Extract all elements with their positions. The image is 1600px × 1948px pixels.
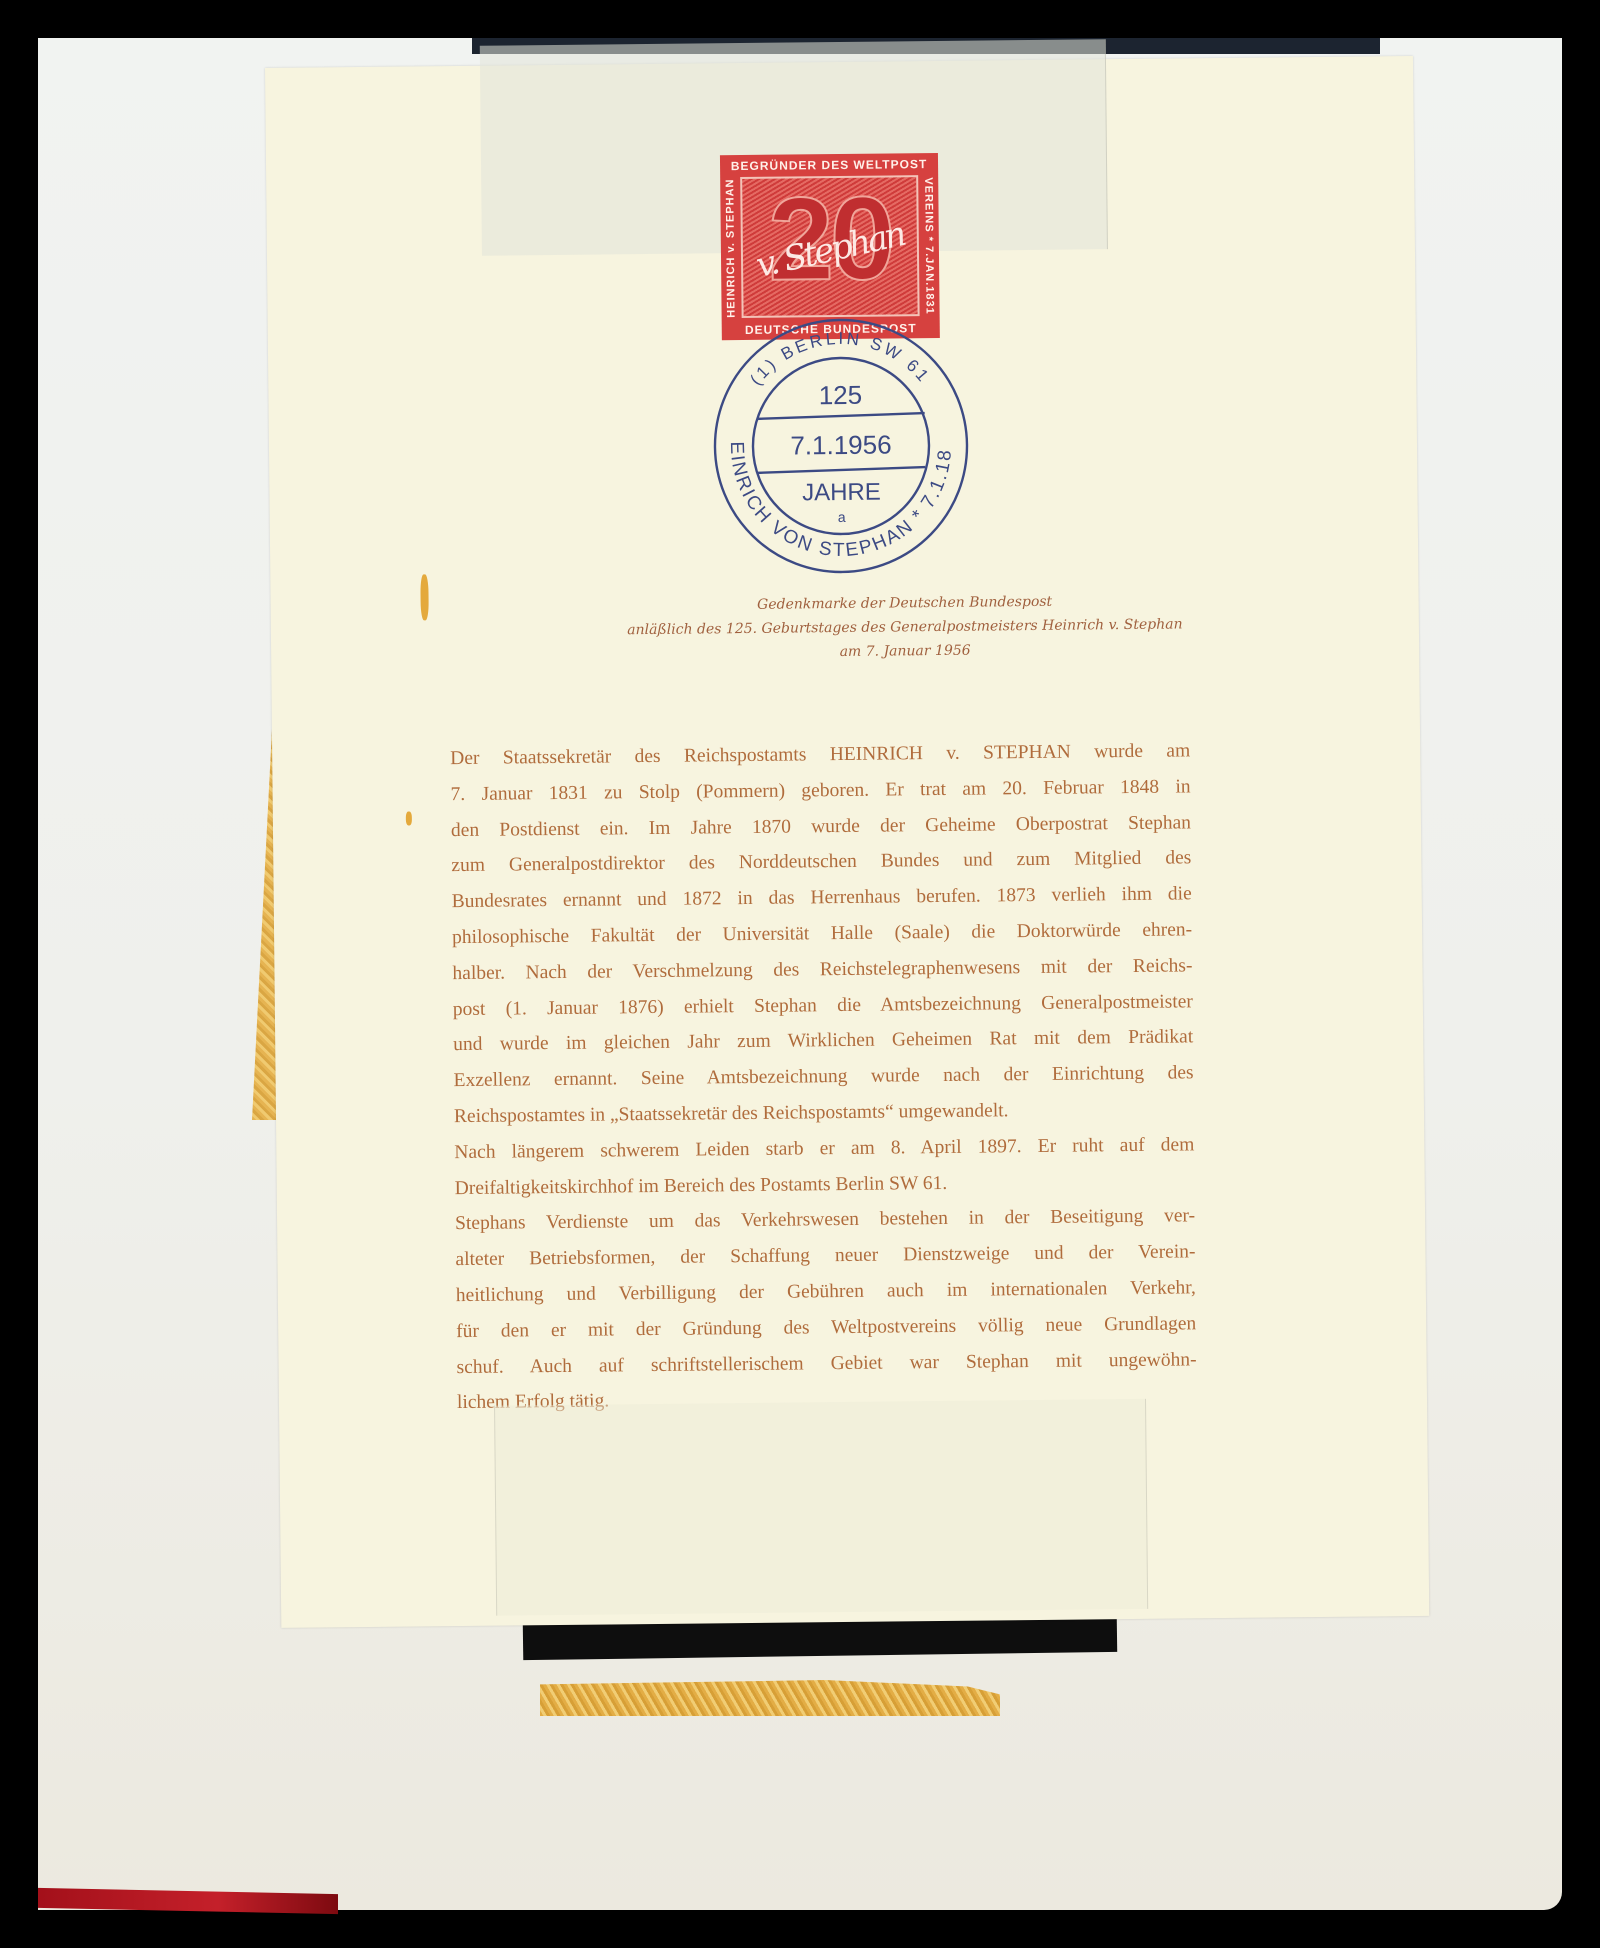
glue-residue-bottom bbox=[540, 1680, 1000, 1716]
postmark-anniversary: 125 bbox=[819, 380, 863, 410]
stamp-caption: Gedenkmarke der Deutschen Bundespost anl… bbox=[431, 586, 1380, 668]
stamp-top-inscription: BEGRÜNDER DES WELTPOST bbox=[720, 157, 938, 173]
glue-spot bbox=[420, 574, 428, 620]
postmark-cancellation: (1) BERLIN SW 61 HEINRICH VON STEPHAN * … bbox=[708, 313, 975, 580]
biography-text: Der Staatssekretär des Reichspostamts HE… bbox=[450, 733, 1197, 1421]
postmark-jahre: JAHRE bbox=[802, 479, 881, 507]
postage-stamp: 20 v. Stephan BEGRÜNDER DES WELTPOST DEU… bbox=[720, 153, 940, 340]
stamp-right-inscription: VEREINS * 7.JAN.1831 bbox=[922, 165, 936, 325]
stamp-guilloche-field: 20 v. Stephan bbox=[740, 175, 919, 318]
translucent-mount-bottom bbox=[494, 1399, 1148, 1616]
glue-spot bbox=[406, 812, 412, 826]
postmark-date: 7.1.1956 bbox=[790, 429, 892, 460]
postmark-letter: a bbox=[838, 509, 846, 525]
stamp-left-inscription: HEINRICH v. STEPHAN bbox=[724, 168, 738, 328]
souvenir-sheet: 20 v. Stephan BEGRÜNDER DES WELTPOST DEU… bbox=[265, 56, 1429, 1628]
